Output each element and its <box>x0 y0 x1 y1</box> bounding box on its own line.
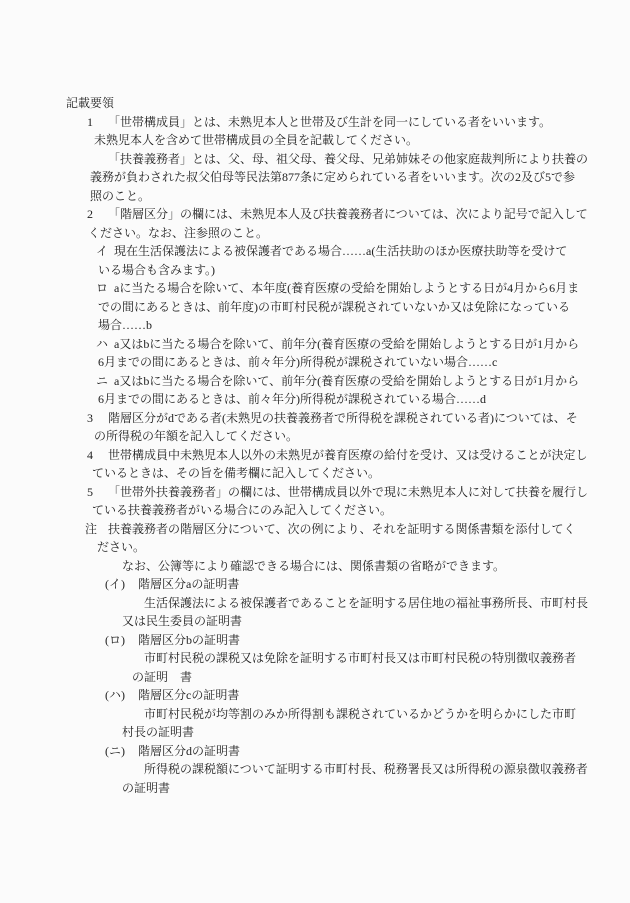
list-marker: 1 <box>87 113 93 132</box>
document-body: 記載要領 1「世帯構成員」とは、未熟児本人と世帯及び生計を同一にしている者をいい… <box>0 0 630 797</box>
line-text: 6月までの間にあるときは、前々年分)所得税が課税されている場合……d <box>98 392 486 406</box>
line-text: の証明書 <box>122 781 170 795</box>
list-marker: ロ <box>96 279 108 298</box>
document-line: 6月までの間にあるときは、前々年分)所得税が課税されている場合……d <box>0 390 630 409</box>
document-line: 村長の証明書 <box>0 723 630 742</box>
document-line: 義務が負わされた叔父伯母等民法第877条に定められている者をいいます。次の2及び… <box>0 168 630 187</box>
line-text: 扶養義務者の階層区分について、次の例により、それを証明する関係書類を添付してく <box>108 522 576 536</box>
document-line: 6月までの間にあるときは、前々年分)所得税が課税されていない場合……c <box>0 353 630 372</box>
document-line: 市町村民税の課税又は免除を証明する市町村長又は市町村民税の特別徴収義務者 <box>0 649 630 668</box>
document-line: 3階層区分がdである者(未熟児の扶養義務者で所得税を課税されている者)については… <box>0 409 630 428</box>
document-line: 未熟児本人を含めて世帯構成員の全員を記載してください。 <box>0 131 630 150</box>
document-line: 又は民生委員の証明書 <box>0 612 630 631</box>
line-text: の証明 書 <box>132 670 192 684</box>
list-marker: ニ <box>96 372 108 391</box>
list-marker: ハ <box>96 335 108 354</box>
list-marker: (ハ) <box>105 686 125 705</box>
document-line: の証明書 <box>0 779 630 798</box>
list-marker: (イ) <box>105 575 125 594</box>
document-line: ロaに当たる場合を除いて、本年度(養育医療の受給を開始しようとする日が4月から6… <box>0 279 630 298</box>
document-line: いる場合も含みます。) <box>0 261 630 280</box>
line-text: ているときは、その旨を備考欄に記入してください。 <box>92 466 380 480</box>
list-marker: (ロ) <box>105 631 125 650</box>
document-page: 記載要領 1「世帯構成員」とは、未熟児本人と世帯及び生計を同一にしている者をいい… <box>0 0 630 903</box>
document-line: 所得税の課税額について証明する市町村長、税務署長又は所得税の源泉徴収義務者 <box>0 760 630 779</box>
document-line: ハa又はbに当たる場合を除いて、前年分(養育医療の受給を開始しようとする日が1月… <box>0 335 630 354</box>
line-text: 6月までの間にあるときは、前々年分)所得税が課税されていない場合……c <box>98 355 497 369</box>
document-line: 2「階層区分」の欄には、未熟児本人及び扶養義務者については、次により記号で記入し… <box>0 205 630 224</box>
line-text: 階層区分dの証明書 <box>138 744 240 758</box>
document-heading: 記載要領 <box>0 94 630 113</box>
list-marker: イ <box>96 242 108 261</box>
list-marker: 4 <box>87 446 93 465</box>
document-line: 照のこと。 <box>0 187 630 206</box>
document-line: (ハ)階層区分cの証明書 <box>0 686 630 705</box>
document-line: ください。なお、注参照のこと。 <box>0 224 630 243</box>
line-text: 「世帯構成員」とは、未熟児本人と世帯及び生計を同一にしている者をいいます。 <box>108 115 551 129</box>
list-marker: (ニ) <box>105 742 125 761</box>
document-line: 生活保護法による被保護者であることを証明する居住地の福祉事務所長、市町村長 <box>0 594 630 613</box>
line-text: ている扶養義務者がいる場合にのみ記入してください。 <box>92 503 392 517</box>
line-text: 所得税の課税額について証明する市町村長、税務署長又は所得税の源泉徴収義務者 <box>144 762 588 776</box>
document-line: (ロ)階層区分bの証明書 <box>0 631 630 650</box>
line-text: での間にあるときは、前年度)の市町村民税が課税されていないか又は免除になっている <box>98 300 570 314</box>
document-line: ているときは、その旨を備考欄に記入してください。 <box>0 464 630 483</box>
line-text: a又はbに当たる場合を除いて、前年分(養育医療の受給を開始しようとする日が1月か… <box>114 374 579 388</box>
line-text: aに当たる場合を除いて、本年度(養育医療の受給を開始しようとする日が4月から6月… <box>114 281 579 295</box>
list-marker: 3 <box>87 409 93 428</box>
document-line: での間にあるときは、前年度)の市町村民税が課税されていないか又は免除になっている <box>0 298 630 317</box>
line-text: 照のこと。 <box>90 189 150 203</box>
line-text: 未熟児本人を含めて世帯構成員の全員を記載してください。 <box>94 133 418 147</box>
line-text: 村長の証明書 <box>122 725 194 739</box>
document-line: の所得税の年額を記入してください。 <box>0 427 630 446</box>
document-line: の証明 書 <box>0 668 630 687</box>
document-line: 「扶養義務者」とは、父、母、祖父母、養父母、兄弟姉妹その他家庭裁判所により扶養の <box>0 150 630 169</box>
line-text: 階層区分がdである者(未熟児の扶養義務者で所得税を課税されている者)については、… <box>108 411 578 425</box>
line-text: いる場合も含みます。) <box>98 263 215 277</box>
line-text: a又はbに当たる場合を除いて、前年分(養育医療の受給を開始しようとする日が1月か… <box>114 337 579 351</box>
line-text: 市町村民税が均等割のみか所得割も課税されているかどうかを明らかにした市町 <box>144 707 576 721</box>
list-marker: 5 <box>87 483 93 502</box>
line-text: 生活保護法による被保護者であることを証明する居住地の福祉事務所長、市町村長 <box>144 596 588 610</box>
document-viewport: { "page": { "background": "#fbfbfb", "te… <box>0 0 630 903</box>
line-text: 義務が負わされた叔父伯母等民法第877条に定められている者をいいます。次の2及び… <box>90 170 575 184</box>
document-line: (イ)階層区分aの証明書 <box>0 575 630 594</box>
document-line: イ現在生活保護法による被保護者である場合……a(生活扶助のほか医療扶助等を受けて <box>0 242 630 261</box>
line-text: 世帯構成員中未熟児本人以外の未熟児が養育医療の給付を受け、又は受けることが決定し <box>108 448 588 462</box>
line-text: 階層区分bの証明書 <box>138 633 240 647</box>
document-line: 1「世帯構成員」とは、未熟児本人と世帯及び生計を同一にしている者をいいます。 <box>0 113 630 132</box>
line-text: ください。なお、注参照のこと。 <box>88 226 268 240</box>
document-line: (ニ)階層区分dの証明書 <box>0 742 630 761</box>
line-text: 「扶養義務者」とは、父、母、祖父母、養父母、兄弟姉妹その他家庭裁判所により扶養の <box>108 152 588 166</box>
line-text: 「階層区分」の欄には、未熟児本人及び扶養義務者については、次により記号で記入して <box>108 207 588 221</box>
line-text: 「世帯外扶養義務者」の欄には、世帯構成員以外で現に未熟児本人に対して扶養を履行し <box>108 485 588 499</box>
line-text: 市町村民税の課税又は免除を証明する市町村長又は市町村民税の特別徴収義務者 <box>144 651 576 665</box>
document-line: ださい。 <box>0 538 630 557</box>
document-line: なお、公簿等により確認できる場合には、関係書類の省略ができます。 <box>0 557 630 576</box>
line-text: なお、公簿等により確認できる場合には、関係書類の省略ができます。 <box>122 559 505 573</box>
line-text: 場合……b <box>98 318 152 332</box>
document-line: 5「世帯外扶養義務者」の欄には、世帯構成員以外で現に未熟児本人に対して扶養を履行… <box>0 483 630 502</box>
document-line: ている扶養義務者がいる場合にのみ記入してください。 <box>0 501 630 520</box>
line-text: の所得税の年額を記入してください。 <box>94 429 298 443</box>
line-text: 現在生活保護法による被保護者である場合……a(生活扶助のほか医療扶助等を受けて <box>114 244 567 258</box>
line-text: 階層区分aの証明書 <box>138 577 239 591</box>
list-marker: 注 <box>85 520 97 539</box>
document-line: 場合……b <box>0 316 630 335</box>
document-line: 市町村民税が均等割のみか所得割も課税されているかどうかを明らかにした市町 <box>0 705 630 724</box>
document-line: 4世帯構成員中未熟児本人以外の未熟児が養育医療の給付を受け、又は受けることが決定… <box>0 446 630 465</box>
document-line: 注扶養義務者の階層区分について、次の例により、それを証明する関係書類を添付してく <box>0 520 630 539</box>
line-text: 階層区分cの証明書 <box>138 688 239 702</box>
line-text: 又は民生委員の証明書 <box>122 614 242 628</box>
list-marker: 2 <box>87 205 93 224</box>
document-line: ニa又はbに当たる場合を除いて、前年分(養育医療の受給を開始しようとする日が1月… <box>0 372 630 391</box>
line-text: ださい。 <box>97 540 145 554</box>
